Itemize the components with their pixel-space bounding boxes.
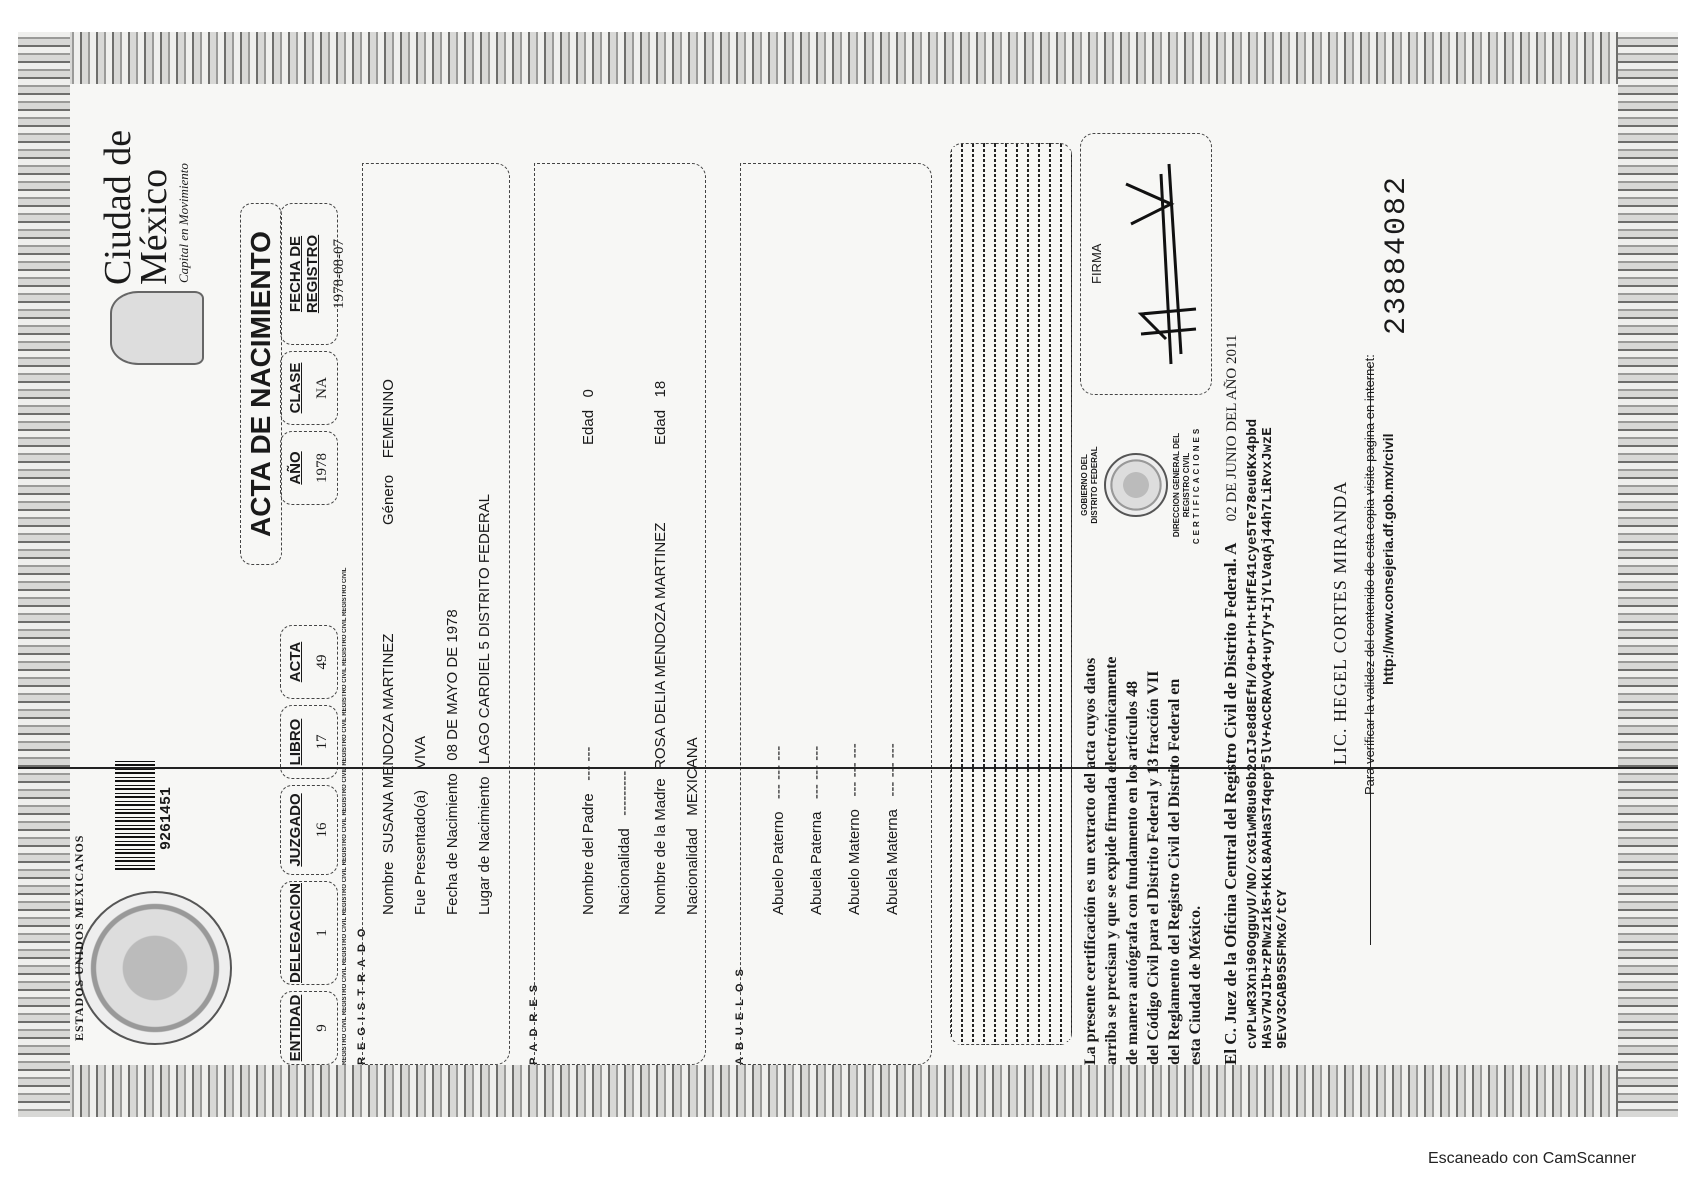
issuer-tagline: Capital en Movimiento bbox=[176, 163, 192, 283]
government-seal-block: GOBIERNO DEL DISTRITO FEDERAL DIRECCION … bbox=[1080, 405, 1202, 565]
padre-nombre: Nombre del Padre --- --- bbox=[580, 747, 597, 915]
rotated-certificate-content: ESTADOS UNIDOS MEXICANOS 9261451 Ciudad … bbox=[70, 84, 1618, 1065]
madre-nombre: Nombre de la Madre ROSA DELIA MENDOZA MA… bbox=[652, 523, 669, 915]
national-seal-text: ESTADOS UNIDOS MEXICANOS bbox=[72, 835, 87, 1041]
official-name: LIC. HEGEL CORTES MIRANDA bbox=[1330, 481, 1351, 765]
ornamental-border-bottom bbox=[18, 1065, 1678, 1117]
registrado-lugar: Lugar de Nacimiento LAGO CARDIEL 5 DISTR… bbox=[476, 494, 493, 915]
fold-line bbox=[18, 767, 1678, 769]
angel-monument-icon bbox=[110, 291, 204, 365]
registrado-fecha: Fecha de Nacimiento 08 DE MAYO DE 1978 bbox=[444, 609, 461, 915]
electronic-signature-hash: cvPLwR3Xni96OgguyU/NO/cxG1wM8u96b2oIJe8d… bbox=[1246, 109, 1291, 1049]
section-padres bbox=[534, 163, 706, 1065]
verify-instructions: Para verificar la validez del contenido … bbox=[1362, 354, 1377, 795]
certificate-paper: ESTADOS UNIDOS MEXICANOS 9261451 Ciudad … bbox=[70, 84, 1618, 1065]
signature-label: FIRMA bbox=[1089, 244, 1104, 284]
verify-url[interactable]: http://www.consejeria.df.gob.mx/rcivil bbox=[1380, 433, 1396, 685]
field-acta: ACTA49 bbox=[280, 625, 338, 699]
abuela-materna: Abuela Materna --- --- --- bbox=[884, 743, 901, 915]
security-pattern bbox=[950, 143, 1072, 1045]
registrado-presentado: Fue Presentado(a) VIVA bbox=[412, 736, 429, 915]
abuela-paterna: Abuela Paterna --- --- --- bbox=[808, 746, 825, 915]
certification-text: La presente certificación es un extracto… bbox=[1080, 585, 1206, 1065]
section-abuelos bbox=[740, 163, 932, 1065]
field-entidad: ENTIDAD9 bbox=[280, 991, 338, 1065]
barcode-number: 9261451 bbox=[158, 787, 175, 850]
abuelo-paterno: Abuelo Paterno --- --- --- bbox=[770, 746, 787, 915]
madre-edad: Edad 18 bbox=[652, 381, 669, 445]
field-fecha-registro: FECHA DE REGISTRO1978-08-07 bbox=[280, 203, 338, 345]
ornamental-border-top bbox=[18, 32, 1678, 84]
ornamental-border-right bbox=[1618, 32, 1678, 1117]
field-juzgado: JUZGADO16 bbox=[280, 785, 338, 875]
barcode bbox=[115, 760, 155, 870]
field-delegacion: DELEGACION1 bbox=[280, 881, 338, 985]
juez-line: El C. Juez de la Oficina Central del Reg… bbox=[1220, 105, 1243, 1065]
padre-nacionalidad: Nacionalidad --------- bbox=[616, 771, 633, 915]
abuelo-materno: Abuelo Materno --- --- --- bbox=[846, 743, 863, 915]
document-title: ACTA DE NACIMIENTO bbox=[240, 203, 282, 565]
signature-box: FIRMA bbox=[1080, 133, 1212, 395]
df-seal-icon bbox=[1104, 453, 1168, 517]
padre-edad: Edad 0 bbox=[580, 389, 597, 445]
ornamental-border-left bbox=[18, 32, 70, 1117]
camscanner-watermark: Escaneado con CamScanner bbox=[1428, 1150, 1636, 1168]
registrado-genero: Género FEMENINO bbox=[380, 379, 397, 525]
issuer-logo: Ciudad de México bbox=[100, 115, 172, 285]
field-clase: CLASENA bbox=[280, 351, 338, 425]
registrado-nombre: Nombre SUSANA MENDOZA MARTINEZ bbox=[380, 634, 397, 915]
scanned-document: ESTADOS UNIDOS MEXICANOS 9261451 Ciudad … bbox=[18, 32, 1678, 1117]
signature-icon bbox=[1111, 154, 1201, 374]
national-seal-icon bbox=[78, 891, 232, 1045]
madre-nacionalidad: Nacionalidad MEXICANA bbox=[684, 737, 701, 915]
field-anio: AÑO1978 bbox=[280, 431, 338, 505]
folio-number: 23884082 bbox=[1380, 175, 1414, 335]
microtext-line: REGISTRO CIVIL REGISTRO CIVIL REGISTRO C… bbox=[342, 105, 348, 1065]
